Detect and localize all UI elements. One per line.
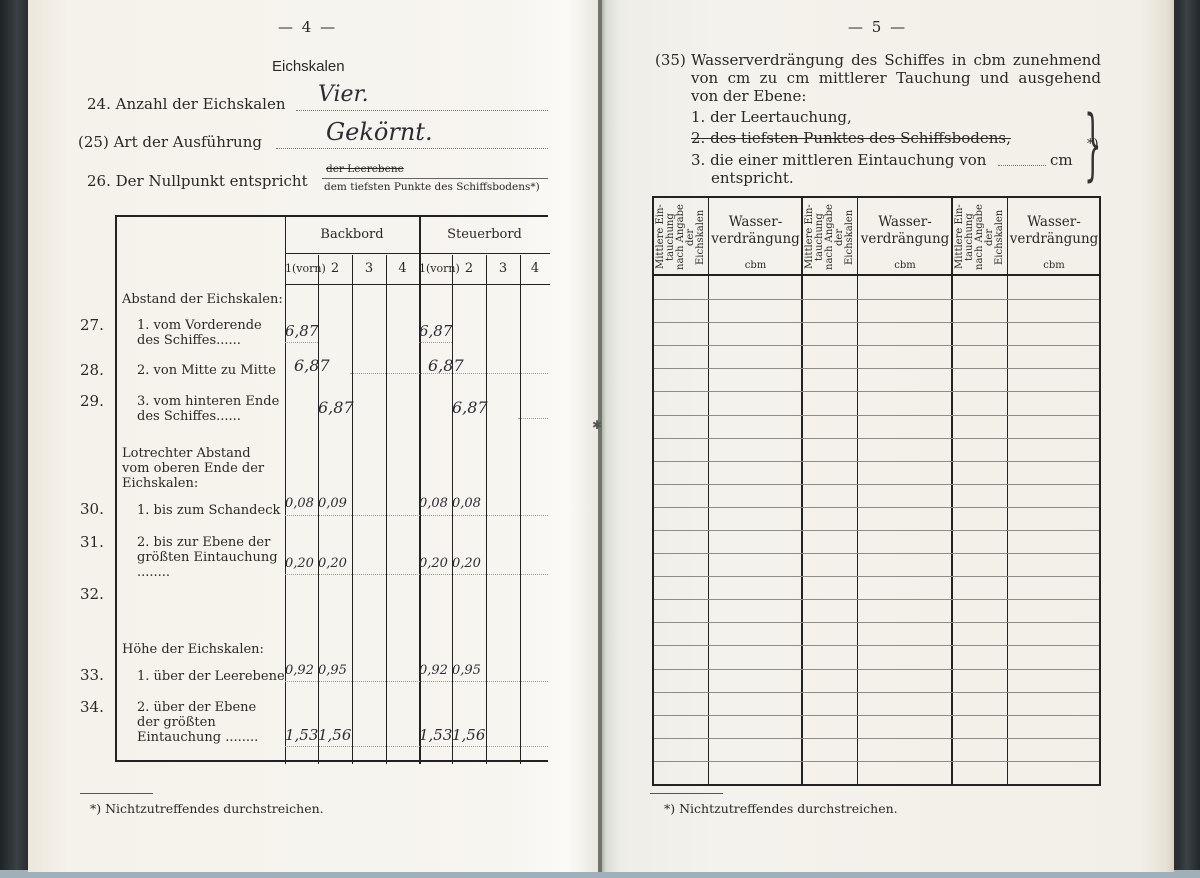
table-row-line: [654, 345, 1099, 346]
row-num-30: 30.: [80, 500, 104, 518]
subheader-sb-3: 3: [486, 261, 520, 276]
item-26-option-struck: der Leerebene: [326, 163, 404, 175]
option-3-continued: entspricht.: [711, 169, 794, 187]
option-3-dotted-field: [998, 165, 1046, 166]
table-row-line: [654, 576, 1099, 577]
row-num-29: 29.: [80, 392, 104, 410]
unit-cbm-2: cbm: [859, 260, 951, 271]
header-wasserverdraengung-3: Wasser- verdrängung: [1009, 214, 1099, 248]
table-row-line: [654, 322, 1099, 323]
section-hoehe: Höhe der Eichskalen:: [122, 642, 264, 657]
row-label-27: 1. vom Vorderende des Schiffes......: [137, 318, 282, 348]
section-lotrechter-abstand: Lotrechter Abstand vom oberen Ende der E…: [122, 446, 282, 491]
value-29-sb-2: 6,87: [452, 398, 488, 417]
value-30-bb-1: 0,08: [285, 496, 314, 511]
item-26-option-kept: dem tiefsten Punkte des Schiffsbodens*): [324, 181, 540, 193]
item-26-fraction-line: [322, 178, 548, 179]
value-28-bb: 6,87: [294, 356, 330, 375]
row-num-31: 31.: [80, 533, 104, 551]
footnote-right: *) Nichtzutreffendes durchstreichen.: [664, 801, 898, 816]
value-33-bb-1: 0,92: [285, 663, 314, 678]
value-34-bb-2: 1,56: [318, 726, 351, 744]
table-row-line: [654, 715, 1099, 716]
row-label-31: 2. bis zur Ebene der größten Eintauchung…: [137, 535, 282, 580]
footnote-left: *) Nichtzutreffendes durchstreichen.: [90, 801, 324, 816]
header-mittlere-eintauchung-2: Mittlere Ein-tauchung nach Angabe der Ei…: [805, 202, 855, 272]
header-mittlere-eintauchung-3: Mittlere Ein-tauchung nach Angabe der Ei…: [955, 202, 1005, 272]
header-wasserverdraengung-2: Wasser- verdrängung: [859, 214, 951, 248]
wasserverdraengung-table: Mittlere Ein-tauchung nach Angabe der Ei…: [652, 196, 1101, 786]
table-row-line: [654, 484, 1099, 485]
table-row-line: [654, 438, 1099, 439]
subheader-bb-4: 4: [386, 261, 419, 276]
value-33-bb-2: 0,95: [318, 663, 347, 678]
table-row-line: [654, 761, 1099, 762]
section-abstand: Abstand der Eichskalen:: [122, 292, 283, 307]
subheader-sb-4: 4: [520, 261, 550, 276]
value-29-bb-2: 6,87: [318, 398, 354, 417]
subheader-sb-1: 1(vorn): [419, 262, 452, 275]
header-backbord: Backbord: [285, 227, 419, 242]
book-gutter: [598, 0, 602, 872]
value-34-bb-1: 1,53: [285, 726, 318, 744]
footnote-rule-left: [80, 793, 153, 794]
value-31-bb-1: 0,20: [285, 556, 314, 571]
option-3-unit: cm: [1050, 151, 1073, 169]
row-num-32: 32.: [80, 585, 104, 603]
table-row-line: [654, 553, 1099, 554]
unit-cbm-1: cbm: [710, 260, 801, 271]
value-34-sb-2: 1,56: [452, 726, 485, 744]
row-label-34: 2. über der Ebene der größten Eintauchun…: [137, 700, 282, 745]
value-30-sb-1: 0,08: [419, 496, 448, 511]
value-31-bb-2: 0,20: [318, 556, 347, 571]
value-27-bb-1: 6,87: [285, 322, 318, 340]
row-num-27: 27.: [80, 316, 104, 334]
option-3: 3. die einer mittleren Eintauchung von: [691, 151, 986, 169]
item-25-dotted-line: [276, 148, 548, 149]
item-35-num: (35): [655, 51, 686, 69]
table-row-line: [654, 368, 1099, 369]
book-cover-right: [1178, 0, 1200, 878]
table-row-line: [654, 391, 1099, 392]
page-number-left: — 4 —: [278, 18, 337, 36]
item-35-intro-line-2: von cm zu cm mittlerer Tauchung und ausg…: [691, 69, 1101, 87]
option-2-struck: 2. des tiefsten Punktes des Schiffsboden…: [691, 129, 1011, 147]
value-27-sb-1: 6,87: [419, 322, 452, 340]
item-26: 26. Der Nullpunkt entspricht: [87, 172, 308, 190]
table-row-line: [654, 622, 1099, 623]
row-label-28: 2. von Mitte zu Mitte: [137, 363, 276, 378]
row-num-28: 28.: [80, 361, 104, 379]
table-row-line: [654, 738, 1099, 739]
header-wasserverdraengung-1: Wasser- verdrängung: [710, 214, 801, 248]
row-label-29: 3. vom hinteren Ende des Schiffes......: [137, 394, 282, 424]
item-24: 24. Anzahl der Eichskalen: [87, 95, 286, 113]
header-steuerbord: Steuerbord: [419, 227, 550, 242]
value-33-sb-2: 0,95: [452, 663, 481, 678]
table-row-line: [654, 507, 1099, 508]
item-25-handwritten-value: Gekörnt.: [326, 118, 433, 146]
value-34-sb-1: 1,53: [419, 726, 452, 744]
subheader-bb-1: 1(vorn): [285, 262, 318, 275]
value-28-sb: 6,87: [428, 356, 464, 375]
table-row-line: [654, 599, 1099, 600]
row-num-34: 34.: [80, 698, 104, 716]
header-mittlere-eintauchung-1: Mittlere Ein-tauchung nach Angabe der Ei…: [656, 202, 706, 272]
value-30-bb-2: 0,09: [318, 496, 347, 511]
row-num-33: 33.: [80, 666, 104, 684]
subheader-bb-2: 2: [318, 261, 352, 276]
table-row-line: [654, 692, 1099, 693]
item-25: (25) Art der Ausführung: [78, 133, 262, 151]
subheader-bb-3: 3: [352, 261, 386, 276]
options-footnote-marker: *): [1087, 137, 1099, 152]
table-row-line: [654, 645, 1099, 646]
page-number-right: — 5 —: [848, 18, 907, 36]
footnote-rule-right: [650, 793, 723, 794]
row-label-33: 1. über der Leerebene: [137, 669, 285, 684]
subheader-sb-2: 2: [452, 261, 486, 276]
unit-cbm-3: cbm: [1009, 260, 1099, 271]
option-1: 1. der Leertauchung,: [691, 108, 852, 126]
value-30-sb-2: 0,08: [452, 496, 481, 511]
section-title: Eichskalen: [272, 58, 345, 75]
binding-stitch-icon: ✱: [592, 418, 602, 432]
item-35-intro-line-1: Wasserverdrängung des Schiffes in cbm zu…: [691, 51, 1101, 69]
table-row-line: [654, 415, 1099, 416]
table-row-line: [654, 669, 1099, 670]
item-35-intro-line-3: von der Ebene:: [691, 87, 806, 105]
book-cover-left: [0, 0, 28, 878]
item-24-dotted-line: [296, 110, 548, 111]
table-row-line: [654, 299, 1099, 300]
value-31-sb-2: 0,20: [452, 556, 481, 571]
row-label-30: 1. bis zum Schandeck: [137, 503, 280, 518]
item-24-handwritten-value: Vier.: [318, 82, 369, 107]
value-31-sb-1: 0,20: [419, 556, 448, 571]
value-33-sb-1: 0,92: [419, 663, 448, 678]
table-row-line: [654, 530, 1099, 531]
table-row-line: [654, 461, 1099, 462]
